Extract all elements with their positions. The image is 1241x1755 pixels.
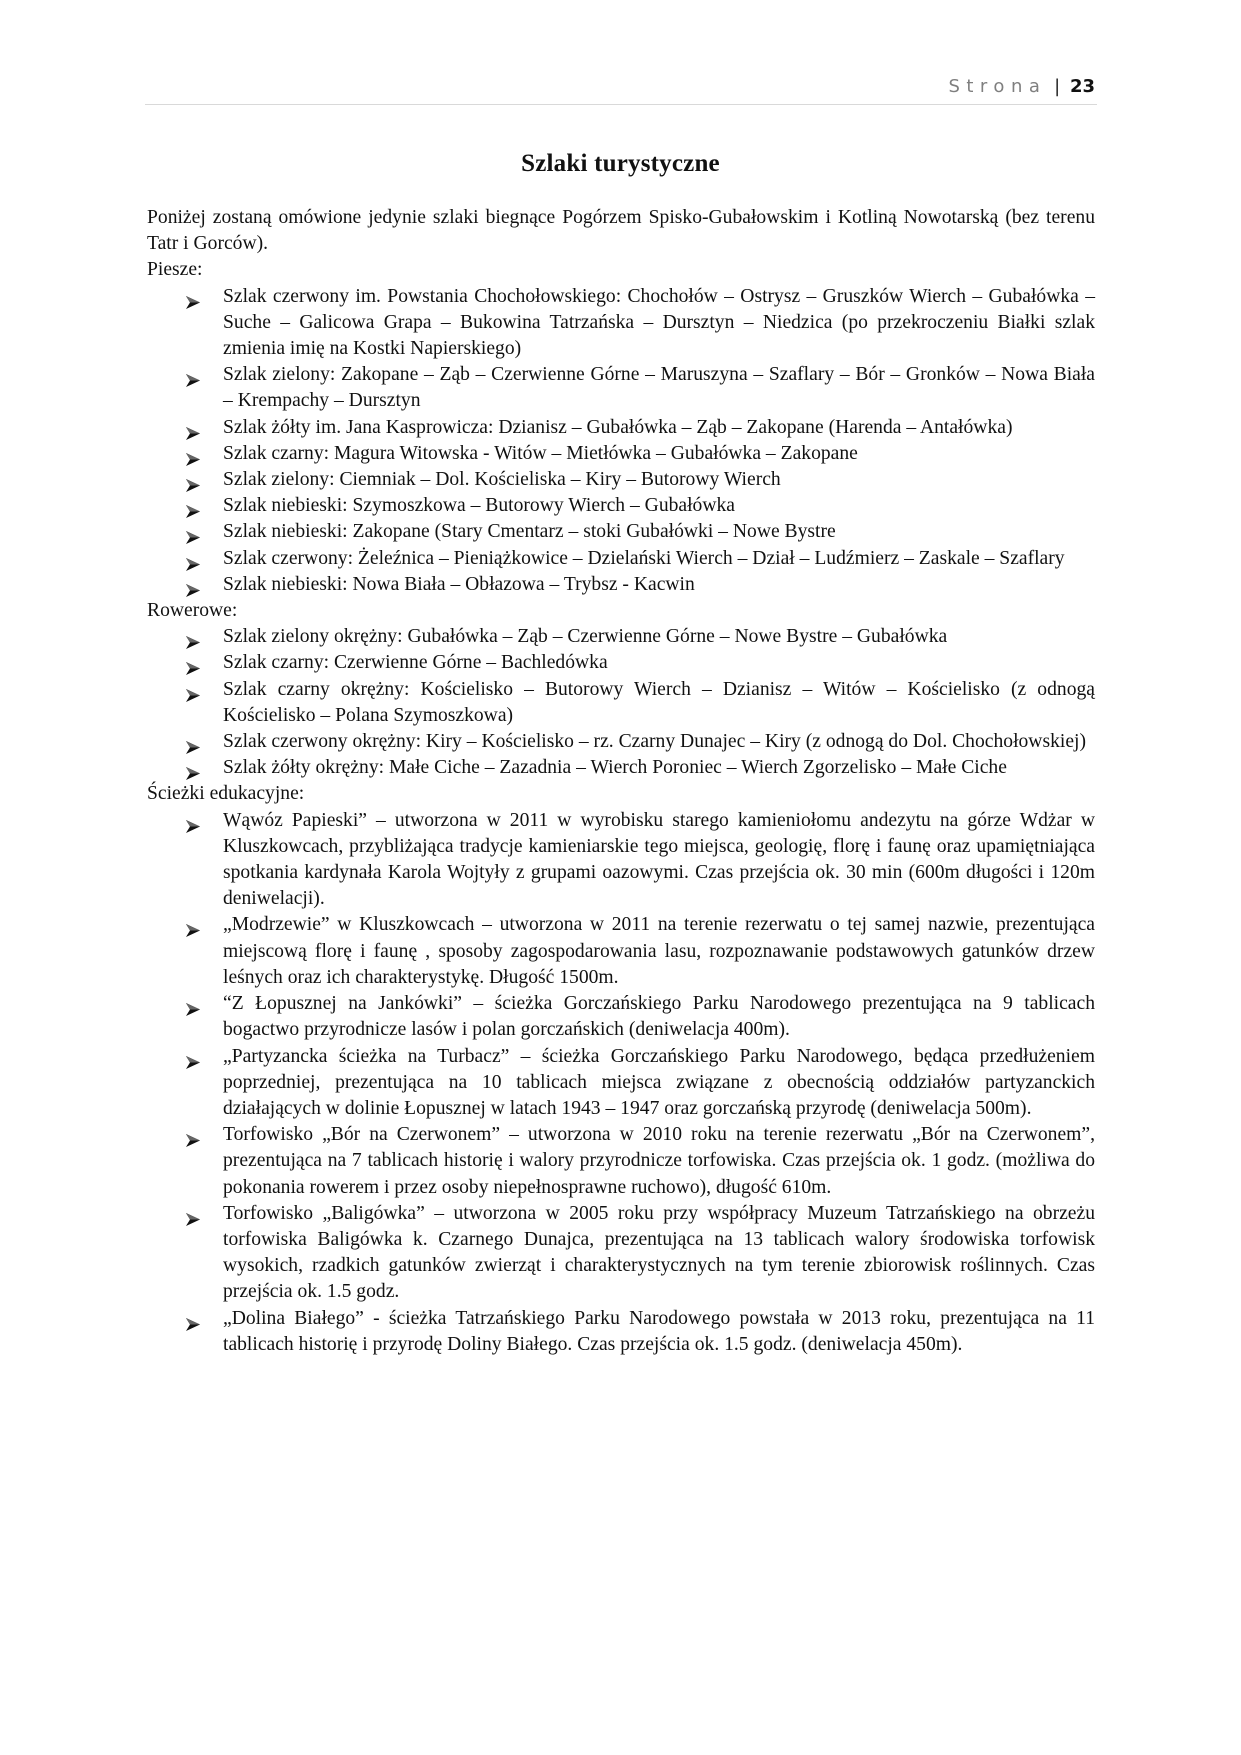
list-item-text: Szlak zielony: Ciemniak – Dol. Kościelis… xyxy=(223,469,781,490)
list-item: Szlak czerwony: Żeleźnica – Pieniążkowic… xyxy=(223,546,1095,572)
list-item: Szlak żółty okrężny: Małe Ciche – Zazadn… xyxy=(223,755,1095,781)
section-label-hiking: Piesze: xyxy=(147,257,1095,283)
list-item-text: „Dolina Białego” - ścieżka Tatrzańskiego… xyxy=(223,1308,1095,1355)
arrowhead-bullet-icon xyxy=(186,1313,200,1326)
page-number: 23 xyxy=(1070,76,1095,97)
arrowhead-bullet-icon xyxy=(186,631,200,644)
list-item-text: Szlak czarny okrężny: Kościelisko – Buto… xyxy=(223,679,1095,726)
list-item: “Z Łopusznej na Jankówki” – ścieżka Gorc… xyxy=(223,991,1095,1043)
list-item: Szlak czarny okrężny: Kościelisko – Buto… xyxy=(223,677,1095,729)
arrowhead-bullet-icon xyxy=(186,291,200,304)
page-separator: | xyxy=(1054,76,1060,97)
list-item: Szlak czarny: Czerwienne Górne – Bachled… xyxy=(223,650,1095,676)
list-item: Torfowisko „Bór na Czerwonem” – utworzon… xyxy=(223,1122,1095,1201)
page-label: Strona xyxy=(948,76,1046,97)
arrowhead-bullet-icon xyxy=(186,1051,200,1064)
arrowhead-bullet-icon xyxy=(186,579,200,592)
list-item: Wąwóz Papieski” – utworzona w 2011 w wyr… xyxy=(223,808,1095,913)
list-item: Szlak zielony: Zakopane – Ząb – Czerwien… xyxy=(223,362,1095,414)
arrowhead-bullet-icon xyxy=(186,657,200,670)
list-item-text: Szlak niebieski: Zakopane (Stary Cmentar… xyxy=(223,521,836,542)
page-number-block: Strona | 23 xyxy=(948,76,1095,97)
section-label-cycling: Rowerowe: xyxy=(147,598,1095,624)
arrowhead-bullet-icon xyxy=(186,500,200,513)
list-item-text: „Modrzewie” w Kluszkowcach – utworzona w… xyxy=(223,914,1095,987)
list-item-text: Szlak czarny: Czerwienne Górne – Bachled… xyxy=(223,652,608,673)
list-item: „Dolina Białego” - ścieżka Tatrzańskiego… xyxy=(223,1306,1095,1358)
arrowhead-bullet-icon xyxy=(186,422,200,435)
list-item: Szlak żółty im. Jana Kasprowicza: Dziani… xyxy=(223,415,1095,441)
list-item-text: Szlak czerwony okrężny: Kiry – Kościelis… xyxy=(223,731,1086,752)
arrowhead-bullet-icon xyxy=(186,684,200,697)
hiking-trails-list: Szlak czerwony im. Powstania Chochołowsk… xyxy=(147,284,1095,598)
list-item-text: Szlak czerwony im. Powstania Chochołowsk… xyxy=(223,286,1095,359)
list-item: Torfowisko „Baligówka” – utworzona w 200… xyxy=(223,1201,1095,1306)
list-item-text: „Partyzancka ścieżka na Turbacz” – ścież… xyxy=(223,1046,1095,1119)
arrowhead-bullet-icon xyxy=(186,448,200,461)
list-item-text: Szlak niebieski: Szymoszkowa – Butorowy … xyxy=(223,495,735,516)
page-header: Strona | 23 xyxy=(145,74,1097,105)
list-item: Szlak niebieski: Nowa Biała – Obłazowa –… xyxy=(223,572,1095,598)
list-item-text: Szlak czerwony: Żeleźnica – Pieniążkowic… xyxy=(223,548,1065,569)
document-body: Poniżej zostaną omówione jedynie szlaki … xyxy=(147,205,1095,1358)
list-item: Szlak zielony: Ciemniak – Dol. Kościelis… xyxy=(223,467,1095,493)
list-item-text: Szlak zielony okrężny: Gubałówka – Ząb –… xyxy=(223,626,947,647)
section-label-educational: Ścieżki edukacyjne: xyxy=(147,781,1095,807)
arrowhead-bullet-icon xyxy=(186,998,200,1011)
list-item-text: Szlak niebieski: Nowa Biała – Obłazowa –… xyxy=(223,574,695,595)
arrowhead-bullet-icon xyxy=(186,762,200,775)
list-item: Szlak zielony okrężny: Gubałówka – Ząb –… xyxy=(223,624,1095,650)
list-item-text: Wąwóz Papieski” – utworzona w 2011 w wyr… xyxy=(223,810,1095,910)
arrowhead-bullet-icon xyxy=(186,369,200,382)
list-item-text: Szlak żółty im. Jana Kasprowicza: Dziani… xyxy=(223,417,1012,438)
arrowhead-bullet-icon xyxy=(186,526,200,539)
intro-paragraph: Poniżej zostaną omówione jedynie szlaki … xyxy=(147,205,1095,257)
arrowhead-bullet-icon xyxy=(186,474,200,487)
list-item: Szlak czerwony im. Powstania Chochołowsk… xyxy=(223,284,1095,363)
educational-paths-list: Wąwóz Papieski” – utworzona w 2011 w wyr… xyxy=(147,808,1095,1358)
list-item: „Partyzancka ścieżka na Turbacz” – ścież… xyxy=(223,1044,1095,1123)
list-item: Szlak niebieski: Zakopane (Stary Cmentar… xyxy=(223,519,1095,545)
list-item: „Modrzewie” w Kluszkowcach – utworzona w… xyxy=(223,912,1095,991)
list-item-text: Szlak czarny: Magura Witowska - Witów – … xyxy=(223,443,858,464)
list-item-text: Szlak żółty okrężny: Małe Ciche – Zazadn… xyxy=(223,757,1007,778)
cycling-trails-list: Szlak zielony okrężny: Gubałówka – Ząb –… xyxy=(147,624,1095,781)
arrowhead-bullet-icon xyxy=(186,1208,200,1221)
arrowhead-bullet-icon xyxy=(186,553,200,566)
list-item-text: “Z Łopusznej na Jankówki” – ścieżka Gorc… xyxy=(223,993,1095,1040)
arrowhead-bullet-icon xyxy=(186,1129,200,1142)
list-item-text: Torfowisko „Baligówka” – utworzona w 200… xyxy=(223,1203,1095,1303)
list-item: Szlak czarny: Magura Witowska - Witów – … xyxy=(223,441,1095,467)
list-item-text: Torfowisko „Bór na Czerwonem” – utworzon… xyxy=(223,1124,1095,1197)
list-item-text: Szlak zielony: Zakopane – Ząb – Czerwien… xyxy=(223,364,1095,411)
arrowhead-bullet-icon xyxy=(186,815,200,828)
list-item: Szlak niebieski: Szymoszkowa – Butorowy … xyxy=(223,493,1095,519)
arrowhead-bullet-icon xyxy=(186,736,200,749)
arrowhead-bullet-icon xyxy=(186,919,200,932)
list-item: Szlak czerwony okrężny: Kiry – Kościelis… xyxy=(223,729,1095,755)
page-title: Szlaki turystyczne xyxy=(0,150,1241,178)
